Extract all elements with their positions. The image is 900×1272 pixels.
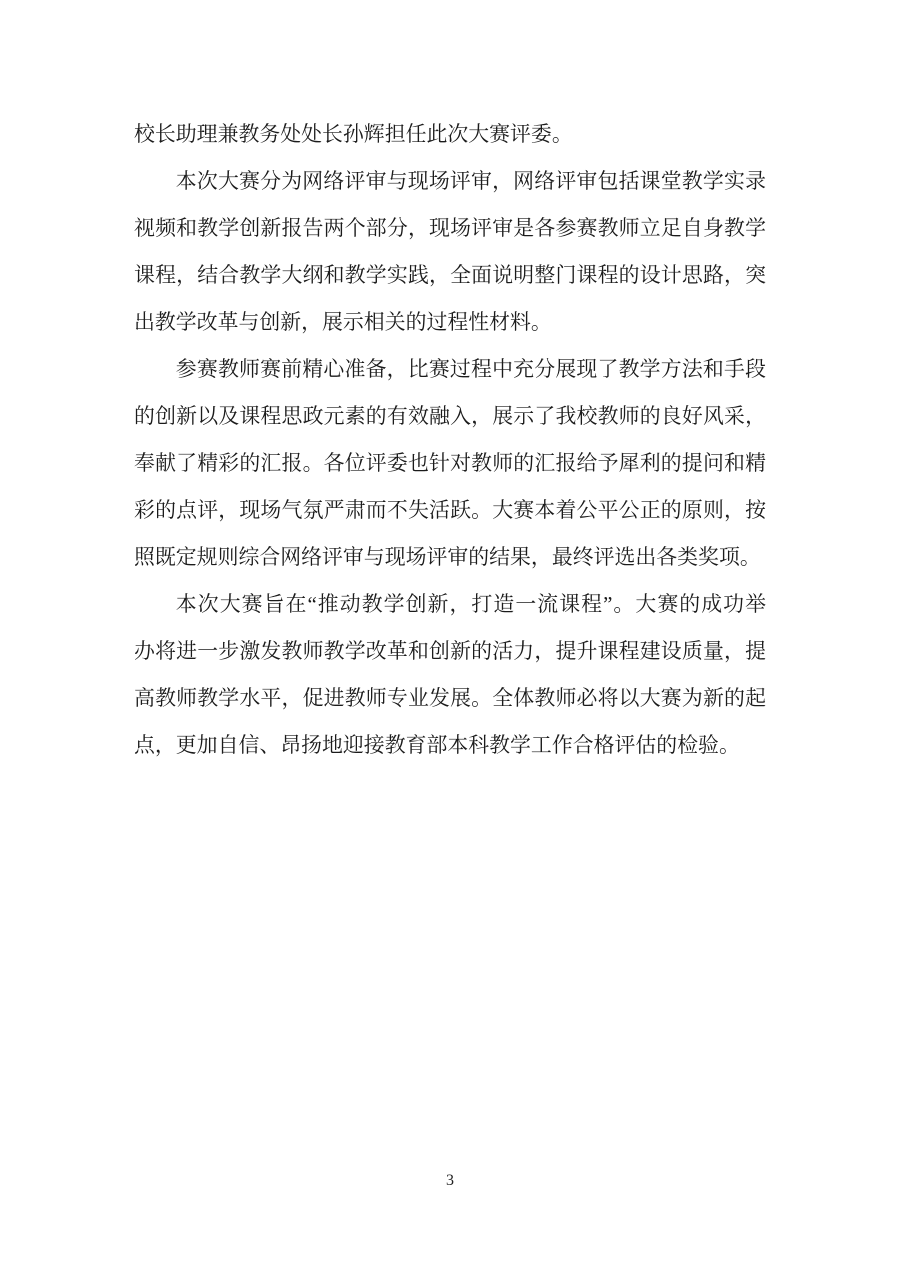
- page-footer: 3: [0, 1170, 900, 1192]
- text-line: 高教师教学水平，促进教师专业发展。全体教师必将以大赛为新的起: [134, 675, 766, 722]
- page-body: 校长助理兼教务处处长孙辉担任此次大赛评委。本次大赛分为网络评审与现场评审，网络评…: [134, 111, 766, 769]
- text-line: 视频和教学创新报告两个部分，现场评审是各参赛教师立足自身教学: [134, 205, 766, 252]
- text-line: 的创新以及课程思政元素的有效融入，展示了我校教师的良好风采，: [134, 393, 766, 440]
- paragraph: 本次大赛旨在“推动教学创新，打造一流课程”。大赛的成功举办将进一步激发教师教学改…: [134, 581, 766, 769]
- document-page: { "document": { "paragraphs": [ { "first…: [0, 0, 900, 1272]
- text-line: 出教学改革与创新，展示相关的过程性材料。: [134, 299, 766, 346]
- page: 校长助理兼教务处处长孙辉担任此次大赛评委。本次大赛分为网络评审与现场评审，网络评…: [0, 0, 900, 1272]
- page-number: 3: [446, 1172, 454, 1189]
- text-line: 照既定规则综合网络评审与现场评审的结果，最终评选出各类奖项。: [134, 534, 766, 581]
- text-line: 课程，结合教学大纲和教学实践，全面说明整门课程的设计思路，突: [134, 252, 766, 299]
- text-line: 奉献了精彩的汇报。各位评委也针对教师的汇报给予犀利的提问和精: [134, 440, 766, 487]
- paragraph: 校长助理兼教务处处长孙辉担任此次大赛评委。: [134, 111, 766, 158]
- text-line: 校长助理兼教务处处长孙辉担任此次大赛评委。: [134, 111, 766, 158]
- text-line: 点，更加自信、昂扬地迎接教育部本科教学工作合格评估的检验。: [134, 722, 766, 769]
- paragraph: 参赛教师赛前精心准备，比赛过程中充分展现了教学方法和手段的创新以及课程思政元素的…: [134, 346, 766, 581]
- text-line: 参赛教师赛前精心准备，比赛过程中充分展现了教学方法和手段: [134, 346, 766, 393]
- text-line: 本次大赛旨在“推动教学创新，打造一流课程”。大赛的成功举: [134, 581, 766, 628]
- paragraph: 本次大赛分为网络评审与现场评审，网络评审包括课堂教学实录视频和教学创新报告两个部…: [134, 158, 766, 346]
- text-line: 办将进一步激发教师教学改革和创新的活力，提升课程建设质量，提: [134, 628, 766, 675]
- text-line: 本次大赛分为网络评审与现场评审，网络评审包括课堂教学实录: [134, 158, 766, 205]
- text-line: 彩的点评，现场气氛严肃而不失活跃。大赛本着公平公正的原则，按: [134, 487, 766, 534]
